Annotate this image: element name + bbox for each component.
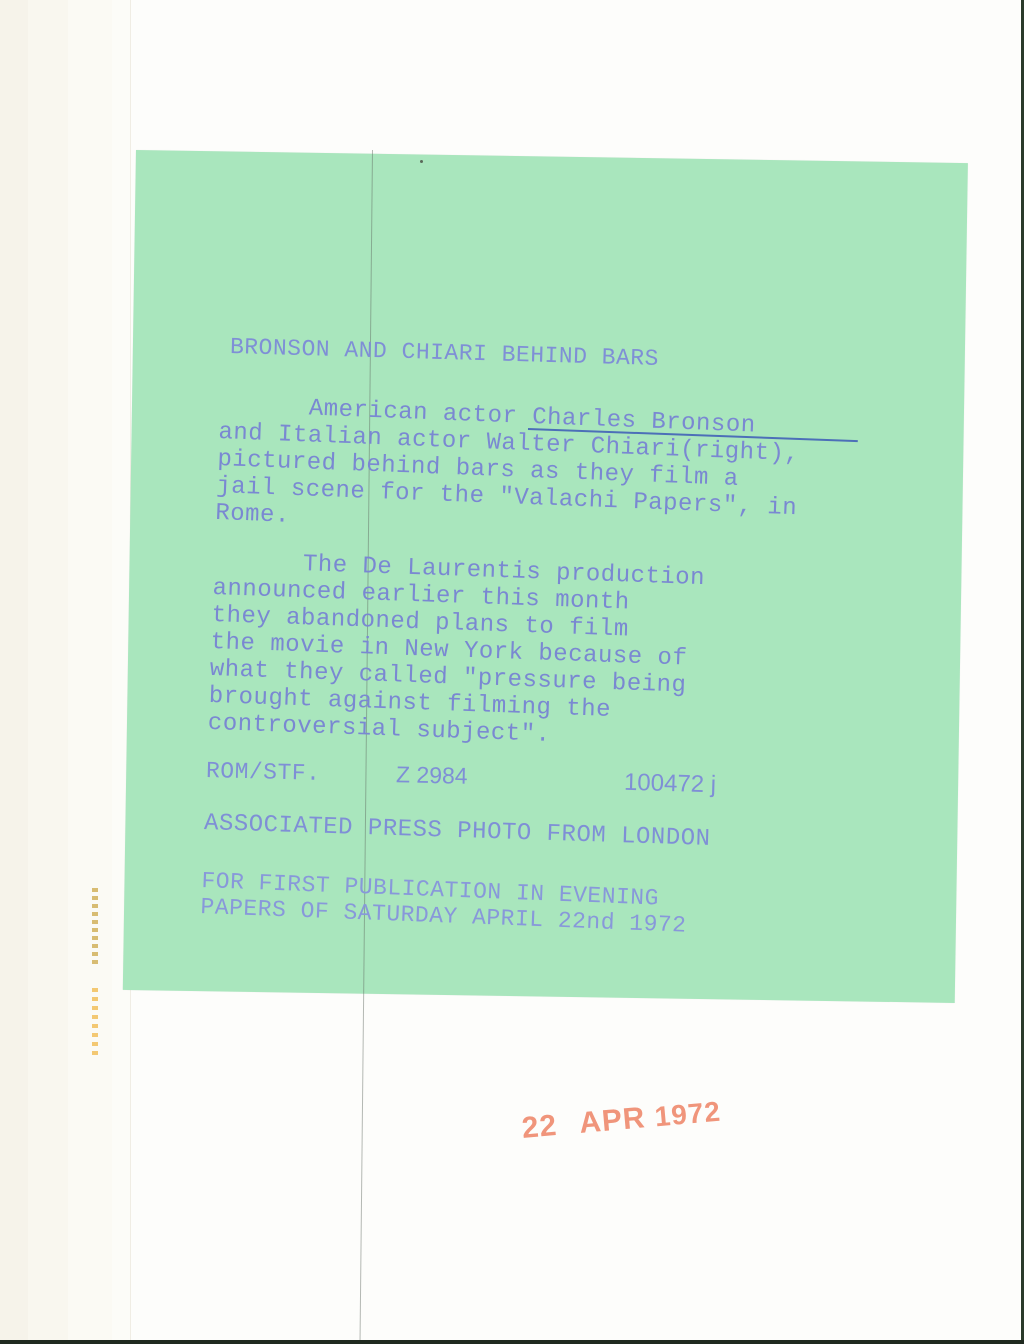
- paper-edge-strip: [68, 0, 113, 1344]
- desk-reference: ROM/STF.: [206, 758, 321, 787]
- paper-edge-strip: [0, 0, 29, 1344]
- ink-dot: [420, 160, 423, 163]
- stamp-month: APR: [578, 1101, 647, 1140]
- caption-paragraph-2: The De Laurentis production announced ea…: [207, 548, 705, 754]
- stamp-year: 1972: [653, 1096, 722, 1133]
- stamp-day: 22: [521, 1109, 559, 1145]
- paper-edge-strip: [28, 0, 69, 1344]
- caption-paragraph-1: American actor Charles Bronson and Itali…: [215, 392, 801, 549]
- date-stamp: 22 APR 1972: [521, 1095, 723, 1146]
- tape-residue: [92, 988, 98, 1058]
- photo-code: Z 2984: [396, 761, 468, 789]
- scan-edge-bottom: [0, 1340, 1024, 1344]
- tape-residue: [92, 888, 98, 968]
- photo-number: 100472 j: [624, 769, 717, 800]
